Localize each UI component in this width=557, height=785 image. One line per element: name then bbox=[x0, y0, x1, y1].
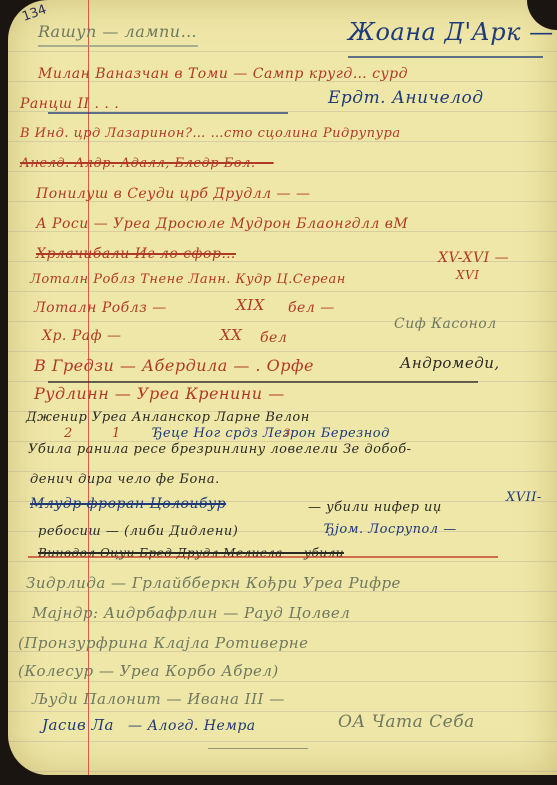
pencil-underline-bottom bbox=[208, 748, 308, 749]
handwritten-line: Ердт. Аничелод bbox=[328, 88, 483, 108]
handwritten-line: Rашуп — лампи… bbox=[38, 22, 197, 41]
handwritten-line: (Пронзурфрина Клајла Ротиверне bbox=[18, 634, 309, 652]
handwritten-line: — Алогд. Немра bbox=[128, 718, 256, 734]
handwritten-line: Мајндр: Аидрбафрлин — Рауд Цолвел bbox=[32, 604, 350, 622]
handwritten-line: Ранцш II . . . bbox=[20, 96, 119, 112]
handwritten-line: Убила ранила ресе брезринлину ловелели З… bbox=[28, 442, 412, 457]
handwritten-line: Ђјом. Лосрупол — bbox=[324, 522, 457, 537]
handwritten-line: 1 bbox=[112, 426, 121, 441]
handwritten-line: Дженир Уреа Анланскор Ларне Велон bbox=[26, 410, 310, 425]
handwritten-line: 3 bbox=[284, 428, 291, 439]
handwritten-line: XIX bbox=[236, 296, 265, 314]
handwritten-line: Милан Ваназчан в Томи — Сампр кругд… сур… bbox=[38, 66, 408, 82]
pencil-underline bbox=[38, 45, 198, 47]
handwritten-line: Сиф Касонол bbox=[394, 316, 497, 332]
handwritten-line: XV-XVI — bbox=[438, 250, 509, 266]
handwritten-line: Зидрлида — Грлайбберкн Кођри Уреа Рифре bbox=[26, 574, 401, 592]
blue-underline-2 bbox=[48, 112, 288, 114]
handwritten-line: Рудлинн — Уреа Кренини — bbox=[34, 384, 285, 403]
handwritten-line: Јасив Ла bbox=[42, 716, 114, 734]
handwritten-line: Ђеце Ног срдз Лезрон Березнод bbox=[152, 426, 390, 441]
handwritten-line: 2 bbox=[64, 426, 73, 441]
handwritten-line: А Роси — Уреа Дросюле Мудрон Блаонгдлл в… bbox=[36, 216, 408, 232]
handwritten-line: ОА Чата Себа bbox=[338, 712, 475, 732]
handwritten-line: XVI bbox=[456, 268, 479, 282]
handwritten-line: Понилуш в Сеуди црб Друдлл — — bbox=[36, 186, 310, 202]
red-strike-line bbox=[28, 556, 498, 558]
handwritten-line: бел — bbox=[288, 300, 335, 316]
handwritten-line: — убили нифер иџ bbox=[308, 500, 442, 515]
handwritten-line: Лоталн Роблз Тнене Ланн. Кудр Ц.Сереан bbox=[30, 272, 346, 287]
manuscript-page: 134 Rашуп — лампи…Жоана Д'Арк —Милан Ван… bbox=[8, 0, 557, 775]
handwritten-line: Хрлачибали Иг ло сфор… bbox=[36, 246, 236, 262]
blue-underline bbox=[348, 56, 543, 58]
handwritten-line: Људи Палонит — Ивана III — bbox=[32, 690, 285, 708]
handwritten-line: ребосиш — (либи Дидлени) bbox=[38, 524, 238, 539]
handwritten-line: Хр. Раф — bbox=[42, 328, 122, 344]
handwritten-line: XVII- bbox=[506, 490, 542, 505]
handwritten-line: Лоталн Роблз — bbox=[34, 300, 167, 316]
handwritten-line: (Колесур — Уреа Корбо Абрел) bbox=[18, 662, 279, 680]
black-underline bbox=[48, 381, 478, 383]
handwritten-line: денич дира чело фе Бона. bbox=[30, 472, 220, 487]
handwritten-line: В Гредзи — Абердила — . Орфе bbox=[34, 356, 314, 375]
handwritten-line: Жоана Д'Арк — bbox=[348, 18, 554, 46]
handwritten-line: В Инд. црд Лазаринон?… …сто сцолина Ридр… bbox=[20, 126, 401, 141]
handwritten-line: Анелд. Алдр. Адалл, Бледр Бол. — bbox=[20, 156, 274, 171]
handwritten-line: XX bbox=[220, 326, 242, 344]
handwritten-line: Винодол Оцуи Бред Друдл Мелисла — убили bbox=[38, 546, 344, 560]
handwritten-line: Млудр фроран Цолоибур bbox=[30, 496, 226, 512]
handwritten-line: Андромеди, bbox=[400, 354, 500, 372]
handwritten-line: бел bbox=[260, 330, 287, 346]
